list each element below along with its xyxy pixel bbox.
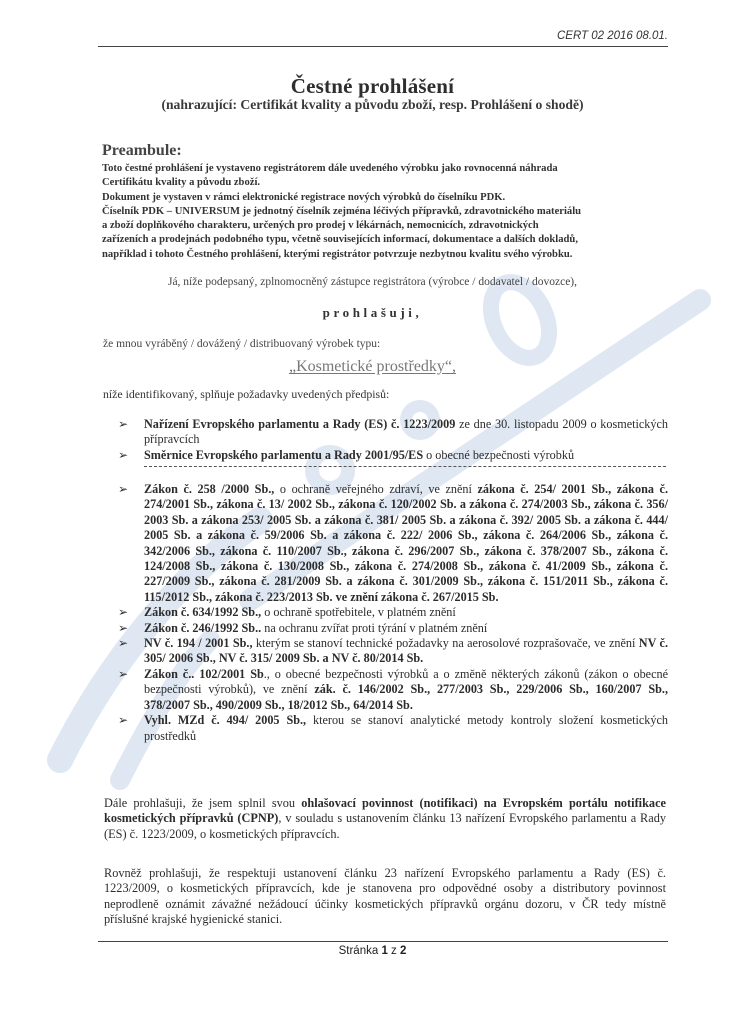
arrow-bullet-icon: ➢ bbox=[118, 605, 128, 620]
page-sep: z bbox=[388, 945, 400, 957]
regulation-item: ➢Nařízení Evropského parlamentu a Rady (… bbox=[118, 417, 668, 448]
preamble-heading: Preambule: bbox=[102, 142, 182, 160]
compliance-line: níže identifikovaný, splňuje požadavky u… bbox=[103, 387, 389, 402]
czech-laws-list: ➢Zákon č. 258 /2000 Sb., o ochraně veřej… bbox=[118, 482, 668, 744]
law-item: ➢NV č. 194 / 2001 Sb., kterým se stanoví… bbox=[118, 636, 668, 667]
arrow-bullet-icon: ➢ bbox=[118, 621, 128, 636]
document-code: CERT 02 2016 08.01. bbox=[557, 30, 668, 42]
arrow-bullet-icon: ➢ bbox=[118, 448, 128, 463]
declaration-verb: prohlašuji, bbox=[0, 305, 745, 321]
law-item: ➢Vyhl. MZd č. 494/ 2005 Sb., kterou se s… bbox=[118, 713, 668, 744]
preamble-line: například i tohoto Čestného prohlášení, … bbox=[102, 248, 672, 262]
total-pages: 2 bbox=[400, 945, 406, 957]
footer-rule bbox=[98, 941, 668, 942]
preamble-line: a zboží doplňkového charakteru, určených… bbox=[102, 219, 672, 233]
eu-regulations-list: ➢Nařízení Evropského parlamentu a Rady (… bbox=[118, 417, 668, 463]
arrow-bullet-icon: ➢ bbox=[118, 667, 128, 682]
declaration-intro: Já, níže podepsaný, zplnomocněný zástupc… bbox=[0, 276, 745, 288]
arrow-bullet-icon: ➢ bbox=[118, 417, 128, 432]
preamble-body: Toto čestné prohlášení je vystaveno regi… bbox=[102, 162, 672, 262]
preamble-line: Dokument je vystaven v rámci elektronick… bbox=[102, 191, 672, 205]
product-line: že mnou vyráběný / dovážený / distribuov… bbox=[103, 338, 380, 350]
notification-paragraph: Dále prohlašuji, že jsem splnil svou ohl… bbox=[104, 796, 666, 842]
preamble-line: Toto čestné prohlášení je vystaveno regi… bbox=[102, 162, 672, 176]
header-rule bbox=[98, 46, 668, 47]
document-subtitle: (nahrazující: Certifikát kvality a původ… bbox=[0, 97, 745, 113]
law-item: ➢Zákon č. 258 /2000 Sb., o ochraně veřej… bbox=[118, 482, 668, 605]
page-prefix: Stránka bbox=[339, 945, 382, 957]
document-title: Čestné prohlášení bbox=[0, 74, 745, 99]
law-item: ➢Zákon č.. 102/2001 Sb., o obecné bezpeč… bbox=[118, 667, 668, 713]
adverse-effects-paragraph: Rovněž prohlašuji, že respektuji ustanov… bbox=[104, 866, 666, 928]
arrow-bullet-icon: ➢ bbox=[118, 636, 128, 651]
preamble-line: zařízeních a prodejnách podobného typu, … bbox=[102, 233, 672, 247]
product-type: „Kosmetické prostředky“, bbox=[0, 358, 745, 376]
regulation-item: ➢Směrnice Evropského parlamentu a Rady 2… bbox=[118, 448, 668, 463]
arrow-bullet-icon: ➢ bbox=[118, 713, 128, 728]
page-indicator: Stránka 1 z 2 bbox=[0, 945, 745, 957]
law-item: ➢Zákon č. 246/1992 Sb.. na ochranu zvířa… bbox=[118, 621, 668, 636]
dashed-separator bbox=[144, 466, 666, 467]
preamble-line: Certifikátu kvality a původu zboží. bbox=[102, 176, 672, 190]
arrow-bullet-icon: ➢ bbox=[118, 482, 128, 497]
law-item: ➢Zákon č. 634/1992 Sb., o ochraně spotře… bbox=[118, 605, 668, 620]
preamble-line: Číselník PDK – UNIVERSUM je jednotný čís… bbox=[102, 205, 672, 219]
